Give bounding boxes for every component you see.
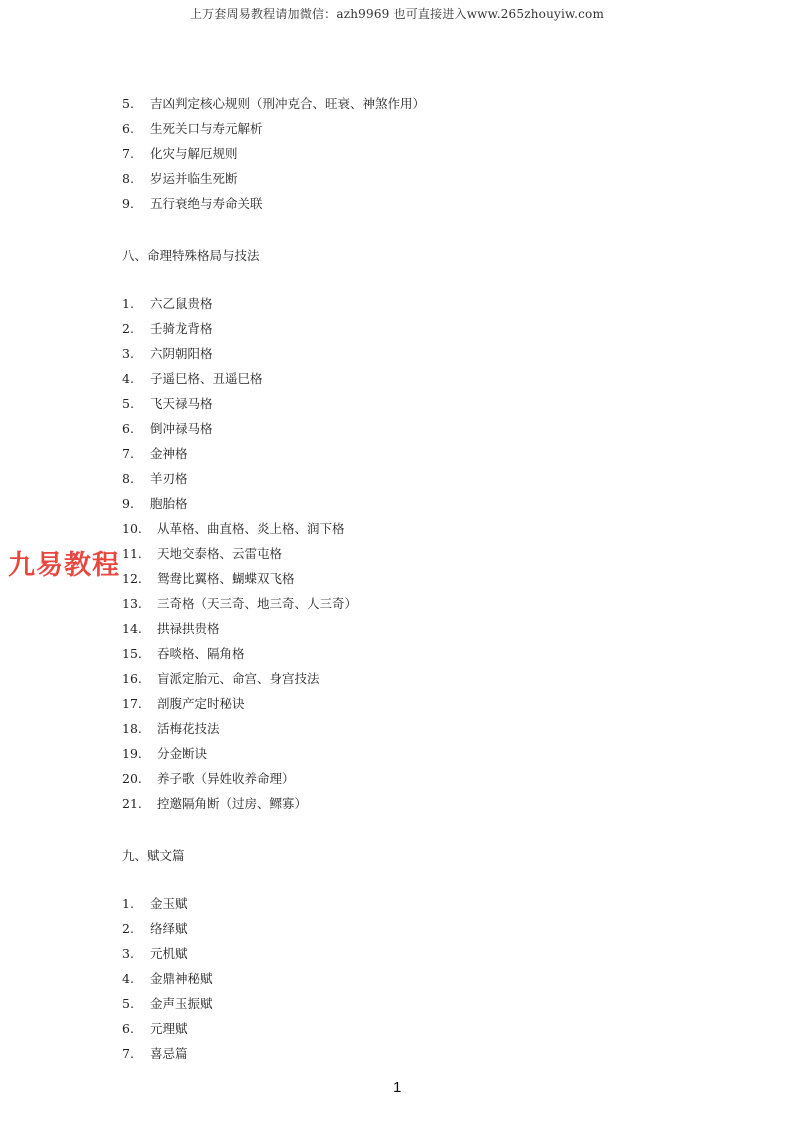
list-item: 2.络绎赋 [122,921,188,937]
list-item: 7.化灾与解厄规则 [122,146,238,162]
list-item: 5.飞天禄马格 [122,396,213,412]
list-item: 18.活梅花技法 [122,721,220,737]
list-item: 16.盲派定胎元、命宫、身宫技法 [122,671,320,687]
list-item: 13.三奇格（天三奇、地三奇、人三奇） [122,596,357,612]
list-item: 7.喜忌篇 [122,1046,188,1062]
section-heading: 九、赋文篇 [122,846,185,864]
list-item: 1.六乙鼠贵格 [122,296,213,312]
list-item: 8.岁运并临生死断 [122,171,238,187]
list-item: 21.控邀隔角断（过房、鳏寡） [122,796,307,812]
list-item: 5.金声玉振赋 [122,996,213,1012]
page-header: 上万套周易教程请加微信：azh9969 也可直接进入www.265zhouyiw… [0,5,794,22]
list-item: 9.胞胎格 [122,496,188,512]
page-number: 1 [393,1079,401,1096]
list-item: 20.养子歌（异姓收养命理） [122,771,295,787]
list-item: 9.五行衰绝与寿命关联 [122,196,263,212]
list-item: 10.从革格、曲直格、炎上格、润下格 [122,521,345,537]
list-item: 7.金神格 [122,446,188,462]
list-item: 6.元理赋 [122,1021,188,1037]
list-item: 3.元机赋 [122,946,188,962]
list-item: 8.羊刃格 [122,471,188,487]
list-item: 3.六阴朝阳格 [122,346,213,362]
list-item: 15.吞啖格、隔角格 [122,646,245,662]
list-item: 2.壬骑龙背格 [122,321,213,337]
list-item: 4.金鼎神秘赋 [122,971,213,987]
list-item: 19.分金断诀 [122,746,207,762]
list-item: 12.鸳鸯比翼格、蝴蝶双飞格 [122,571,295,587]
list-item: 6.倒冲禄马格 [122,421,213,437]
list-item: 6.生死关口与寿元解析 [122,121,263,137]
list-item: 5.吉凶判定核心规则（刑冲克合、旺衰、神煞作用） [122,96,425,112]
list-item: 11.天地交泰格、云雷屯格 [122,546,282,562]
list-item: 17.剖腹产定时秘诀 [122,696,245,712]
list-item: 14.拱禄拱贵格 [122,621,220,637]
section-heading: 八、命理特殊格局与技法 [122,246,260,264]
list-item: 1.金玉赋 [122,896,188,912]
list-item: 4.子遥巳格、丑遥巳格 [122,371,263,387]
watermark-logo: 九易教程 [8,543,120,582]
